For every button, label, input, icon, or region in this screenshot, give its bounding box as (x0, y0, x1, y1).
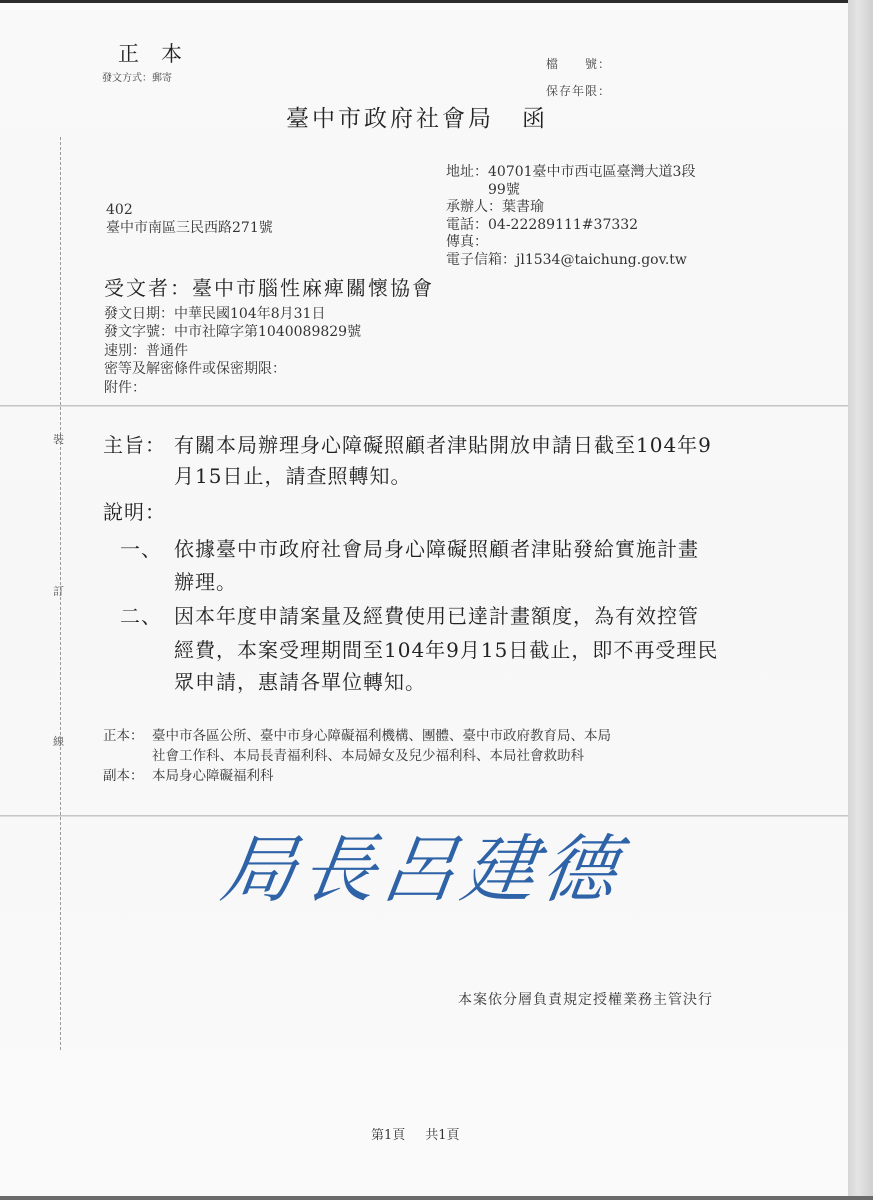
agency-name: 臺中市政府社會局 (286, 106, 494, 132)
retention-period-label: 保存年限： (546, 82, 611, 99)
recipient-zip: 402 (106, 201, 273, 219)
send-method: 發文方式：郵寄 (102, 69, 172, 84)
attachments: 附件： (104, 379, 361, 397)
file-number-label: 檔 號： (546, 55, 611, 72)
director-signature: 局長呂建德 (222, 818, 622, 923)
copy-recipients-label: 副本： (103, 766, 144, 786)
document-kind: 函 (522, 106, 548, 132)
scan-bottom-edge (0, 1196, 873, 1200)
copy-recipients: 本局身心障礙福利科 (152, 766, 274, 786)
pagination: 第1頁共1頁 (371, 1124, 460, 1143)
total-pages: 共1頁 (425, 1128, 459, 1143)
explanation-label: 說明： (103, 496, 166, 525)
delivery-speed: 速別：普通件 (104, 342, 361, 360)
recipient-mailing-address: 402 臺中市南區三民西路271號 (106, 201, 273, 237)
sender-address-cont: 99號 (446, 182, 695, 200)
email: 電子信箱：jl1534@taichung.gov.tw (446, 252, 695, 270)
original-recipients-line: 臺中市各區公所、臺中市身心障礙福利機構、團體、臺中市政府教育局、本局 (152, 726, 611, 746)
explanation-item-line: 因本年度申請案量及經費使用已達計畫額度，為有效控管 (174, 600, 699, 629)
explanation-item-number: 二、 (120, 600, 162, 629)
subject-line: 月15日止，請查照轉知。 (174, 460, 411, 489)
binding-mark-ding: 訂 (53, 583, 64, 599)
current-page: 第1頁 (371, 1128, 405, 1143)
copy-type: 正本 (118, 38, 204, 68)
original-recipients-label: 正本： (103, 726, 144, 746)
binding-mark-xian: 線 (53, 733, 64, 749)
subject-line: 有關本局辦理身心障礙照顧者津貼開放申請日截至104年9 (174, 429, 712, 458)
fold-line-upper (0, 405, 848, 407)
issue-date: 發文日期：中華民國104年8月31日 (104, 305, 361, 323)
phone: 電話：04-22289111#37332 (446, 217, 695, 235)
case-officer: 承辦人：葉書瑜 (446, 199, 695, 217)
delegation-note: 本案依分層負責規定授權業務主管決行 (458, 989, 713, 1009)
explanation-item-line: 辦理。 (174, 566, 237, 595)
original-recipients-line: 社會工作科、本局長青福利科、本局婦女及兒少福利科、本局社會救助科 (152, 746, 584, 766)
sender-contact-info: 地址：40701臺中市西屯區臺灣大道3段 99號承辦人：葉書瑜電話：04-222… (446, 164, 695, 269)
document-number: 發文字號：中市社障字第1040089829號 (104, 323, 361, 341)
recipient: 受文者：臺中市腦性麻痺關懷協會 (104, 272, 434, 301)
document-meta: 發文日期：中華民國104年8月31日 發文字號：中市社障字第1040089829… (104, 305, 361, 397)
fold-line-lower (0, 815, 848, 817)
document-title: 臺中市政府社會局函 (286, 100, 548, 133)
signature-text: 局長呂建德 (215, 818, 630, 923)
recipient-street: 臺中市南區三民西路271號 (106, 219, 273, 237)
security-level: 密等及解密條件或保密期限： (104, 360, 361, 378)
binding-mark-zhuang: 裝 (53, 431, 64, 447)
explanation-item-number: 一、 (120, 533, 162, 562)
scan-right-edge (848, 0, 873, 1200)
sender-address: 地址：40701臺中市西屯區臺灣大道3段 (446, 164, 695, 182)
fax: 傳真： (446, 234, 695, 252)
subject-label: 主旨： (103, 429, 166, 458)
explanation-item-line: 經費，本案受理期間至104年9月15日截止，即不再受理民 (174, 634, 718, 663)
explanation-item-line: 依據臺中市政府社會局身心障礙照顧者津貼發給實施計畫 (174, 533, 699, 562)
explanation-item-line: 眾申請，惠請各單位轉知。 (174, 666, 426, 695)
